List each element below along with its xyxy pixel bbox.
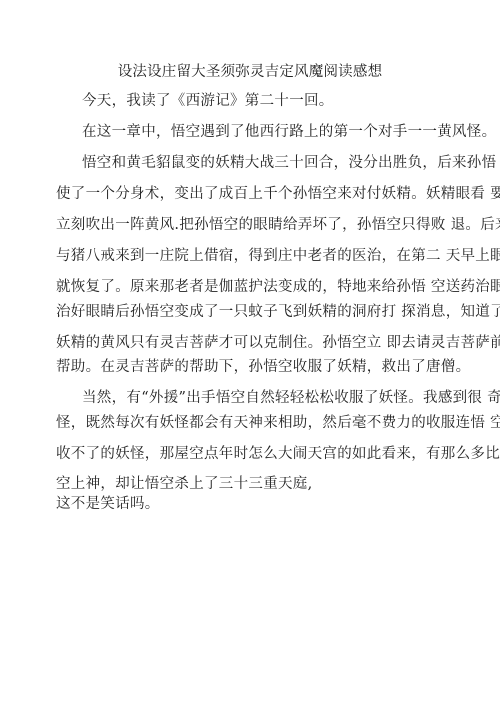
paragraph-line: 立刻吹出一阵黄风.把孙悟空的眼睛给弄坏了，孙悟空只得败 退。后来 bbox=[56, 215, 500, 235]
paragraph-line: 怪，既然每次有妖怪都会有天神来相助，然后毫不费力的收服连悟 空都 bbox=[56, 413, 500, 433]
paragraph-line: 空上神，却让悟空杀上了三十三重天庭, bbox=[56, 474, 313, 494]
paragraph-line: 妖精的黄风只有灵吉菩萨才可以克制住。孙悟空立 即去请灵吉菩萨前来 bbox=[56, 333, 500, 353]
paragraph-line: 收不了的妖怪，那屋空点年时怎么大闹天宫的如此看来，有那么多比悟 bbox=[56, 444, 500, 464]
paragraph-line: 使了一个分身术，变出了成百上千个孙悟空来对付妖精。妖精眼看 要败， bbox=[56, 184, 500, 204]
document-title: 设法设庄留大圣须弥灵吉定风魔阅读感想 bbox=[0, 62, 500, 82]
paragraph-line: 帮助。在灵吉菩萨的帮助下，孙悟空收服了妖精，救出了唐僧。 bbox=[56, 357, 470, 377]
paragraph-line: 就恢复了。原来那老者是伽蓝护法变成的，特地来给孙悟 空送药治眼的。 bbox=[56, 277, 500, 297]
paragraph-line: 治好眼睛后孙悟空变成了一只蚊子飞到妖精的洞府打 探消息，知道了那 bbox=[56, 302, 500, 322]
paragraph-line: 在这一章中，悟空遇到了他西行路上的第一个对手一一黄风怪。 bbox=[82, 122, 496, 142]
paragraph-line: 悟空和黄毛貂鼠变的妖精大战三十回合，没分出胜负，后来孙悟 空 bbox=[82, 153, 500, 173]
paragraph-line: 与猪八戒来到一庄院上借宿，得到庄中老者的医治，在第二 天早上眼睛 bbox=[56, 246, 500, 266]
paragraph-line: 这不是笑话吗。 bbox=[56, 494, 160, 514]
paragraph-line: 当然，有“外援”出手悟空自然轻轻松松收服了妖怪。我感到很 奇 bbox=[82, 388, 500, 408]
document-page: 设法设庄留大圣须弥灵吉定风魔阅读感想 今天，我读了《西游记》第二十一回。 在这一… bbox=[0, 0, 500, 706]
paragraph-line: 今天，我读了《西游记》第二十一回。 bbox=[82, 91, 334, 111]
